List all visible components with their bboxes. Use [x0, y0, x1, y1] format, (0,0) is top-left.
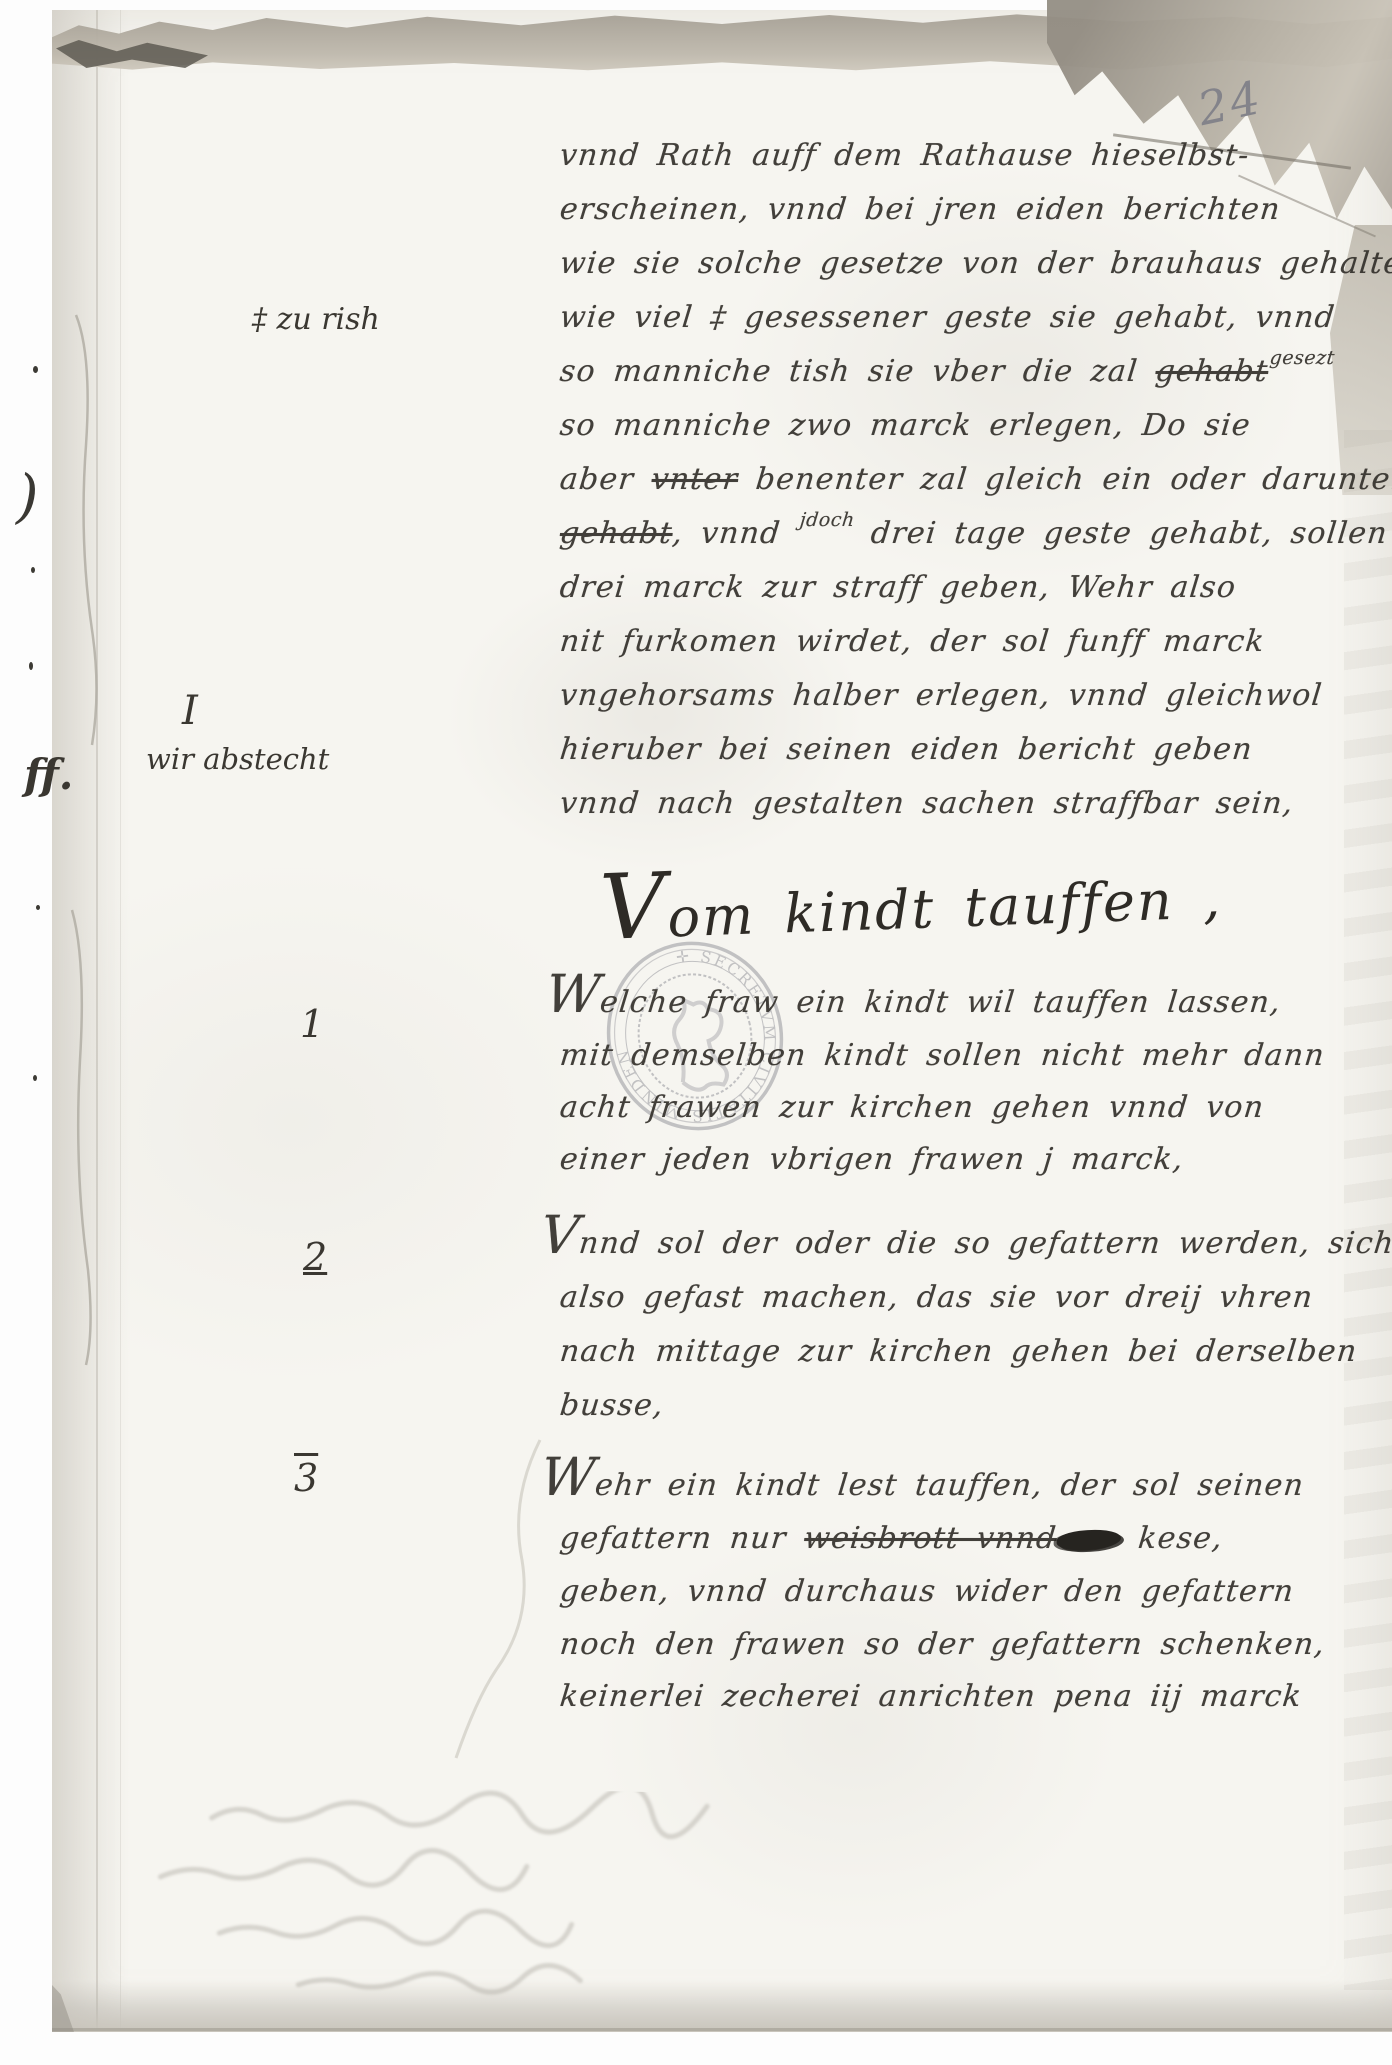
margin-insertion-note: ‡ zu rish: [252, 302, 380, 337]
text-line: Vnnd sol der oder die so gefattern werde…: [538, 1226, 1392, 1261]
text-segment: so manniche tish sie vber die zal: [558, 354, 1157, 389]
margin-ff-mark: ff.: [24, 750, 73, 799]
binding-stitches: [46, 310, 116, 1570]
text-line: wie viel ‡ gesessener geste sie gehabt, …: [558, 300, 1337, 335]
right-edge-wrinkles: [1344, 430, 1392, 1990]
text-line: gefattern nur weisbrott vnnd kese,: [558, 1521, 1225, 1556]
text-line: keinerlei zecherei anrichten pena iij ma…: [558, 1679, 1304, 1714]
margin-note: wir abstecht: [146, 742, 329, 776]
ink-speck: [33, 366, 38, 373]
text-line: hieruber bei seinen eiden bericht geben: [558, 732, 1254, 767]
text-line: nit furkomen wirdet, der sol funff marck: [558, 624, 1267, 659]
superscript-correction: gesezt: [1269, 347, 1336, 369]
text-line: busse,: [558, 1388, 665, 1423]
text-segment: gefattern nur: [558, 1521, 806, 1556]
margin-section-mark: I: [182, 688, 198, 734]
text-line: wie sie solche gesetze von der brauhaus …: [558, 246, 1392, 281]
ink-speck: [33, 1075, 37, 1081]
text-line: drei marck zur straff geben, Wehr also: [558, 570, 1238, 605]
ink-speck: [31, 567, 35, 573]
text-line: vnnd Rath auff dem Rathause hieselbst-: [558, 138, 1251, 173]
text-line: nach mittage zur kirchen gehen bei derse…: [558, 1334, 1359, 1369]
ink-speck: [36, 905, 40, 910]
text-line: geben, vnnd durchaus wider den gefattern: [558, 1574, 1296, 1609]
struck-word: gehabt: [1154, 354, 1270, 389]
paragraph-number-1: 1: [300, 1002, 324, 1046]
struck-word: gehabt: [558, 516, 674, 551]
text-line: so manniche tish sie vber die zal gehabt…: [558, 354, 1335, 389]
text-line: aber vnter benenter zal gleich ein oder …: [558, 462, 1392, 497]
margin-edge-paren: ): [16, 462, 39, 530]
text-line: einer jeden vbrigen frawen j marck,: [558, 1142, 1185, 1177]
text-line: noch den frawen so der gefattern schenke…: [558, 1627, 1327, 1662]
text-line: Wehr ein kindt lest tauffen, der sol sei…: [538, 1468, 1306, 1503]
text-line: mit demselben kindt sollen nicht mehr da…: [558, 1038, 1327, 1073]
text-line: gehabt, vnnd jdoch drei tage geste gehab…: [558, 516, 1392, 551]
struck-word: vnter: [650, 462, 740, 497]
heading-initial: V: [599, 871, 668, 945]
text-segment: , vnnd: [671, 516, 800, 551]
text-segment: aber: [558, 462, 653, 497]
text-line: acht frawen zur kirchen gehen vnnd von: [558, 1090, 1266, 1125]
struck-words: weisbrott vnnd: [803, 1521, 1059, 1556]
text-line: also gefast machen, das sie vor dreij vh…: [558, 1280, 1315, 1315]
bleed-through-text: [148, 1782, 953, 2029]
ink-speck: [29, 662, 33, 670]
text-segment: kese,: [1119, 1521, 1225, 1556]
text-line: vngehorsams halber erlegen, vnnd gleichw…: [558, 678, 1324, 713]
ink-blot: [1056, 1528, 1121, 1552]
text-line: erscheinen, vnnd bei jren eiden berichte…: [558, 192, 1282, 227]
paragraph-number-2: 2: [303, 1235, 327, 1279]
manuscript-scan: ✛ SECRETVM CIVITATIS MINDENSIS 24 ‡ zu r…: [0, 0, 1392, 2065]
text-segment: benenter zal gleich ein oder darunter: [736, 462, 1392, 497]
page-bottom-edge: [52, 2028, 1392, 2031]
text-line: Welche fraw ein kindt wil tauffen lassen…: [543, 985, 1283, 1020]
fold-line: [120, 10, 121, 2032]
text-line: so manniche zwo marck erlegen, Do sie: [558, 408, 1253, 443]
superscript-correction: jdoch: [799, 509, 856, 531]
text-line: vnnd nach gestalten sachen straffbar sei…: [558, 786, 1295, 821]
paragraph-number-3: 3: [294, 1456, 318, 1500]
text-segment: drei tage geste gehabt, sollen sie: [851, 516, 1392, 551]
